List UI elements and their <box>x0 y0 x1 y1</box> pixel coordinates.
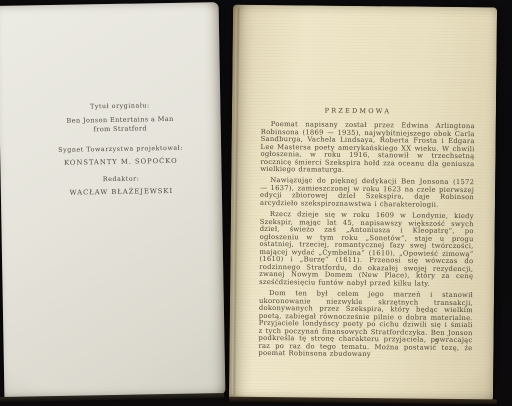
right-page: PRZEDMOWA Poemat napisany został przez E… <box>229 5 497 402</box>
preface-paragraph-3: Rzecz dzieje się w roku 1609 w Londynie,… <box>259 211 474 289</box>
preface-text-block: PRZEDMOWA Poemat napisany został przez E… <box>258 106 475 364</box>
editor-name: WACŁAW BŁAŻEJEWSKI <box>11 186 232 198</box>
page-number: 5 <box>435 338 439 346</box>
emblem-designer-name: KONSTANTY M. SOPOĆKO <box>10 156 231 168</box>
left-page: Tytuł oryginału: Ben Jonson Entertains a… <box>0 2 225 398</box>
preface-heading: PRZEDMOWA <box>261 106 455 116</box>
left-page-credits: Tytuł oryginału: Ben Jonson Entertains a… <box>9 101 232 198</box>
preface-paragraph-2: Nawiązując do pięknej dedykacji Ben Jons… <box>260 177 474 209</box>
editor-label: Redaktor: <box>11 174 232 185</box>
preface-paragraph-1: Poemat napisany został przez Edwina Arli… <box>260 121 475 176</box>
emblem-designer-label: Sygnet Towarzystwa projektował: <box>10 144 231 155</box>
original-title-label: Tytuł oryginału: <box>9 101 230 112</box>
preface-paragraph-4: Dom ten był celem jego marzeń i stanowił… <box>258 290 473 360</box>
book-photo: Tytuł oryginału: Ben Jonson Entertains a… <box>0 0 512 406</box>
